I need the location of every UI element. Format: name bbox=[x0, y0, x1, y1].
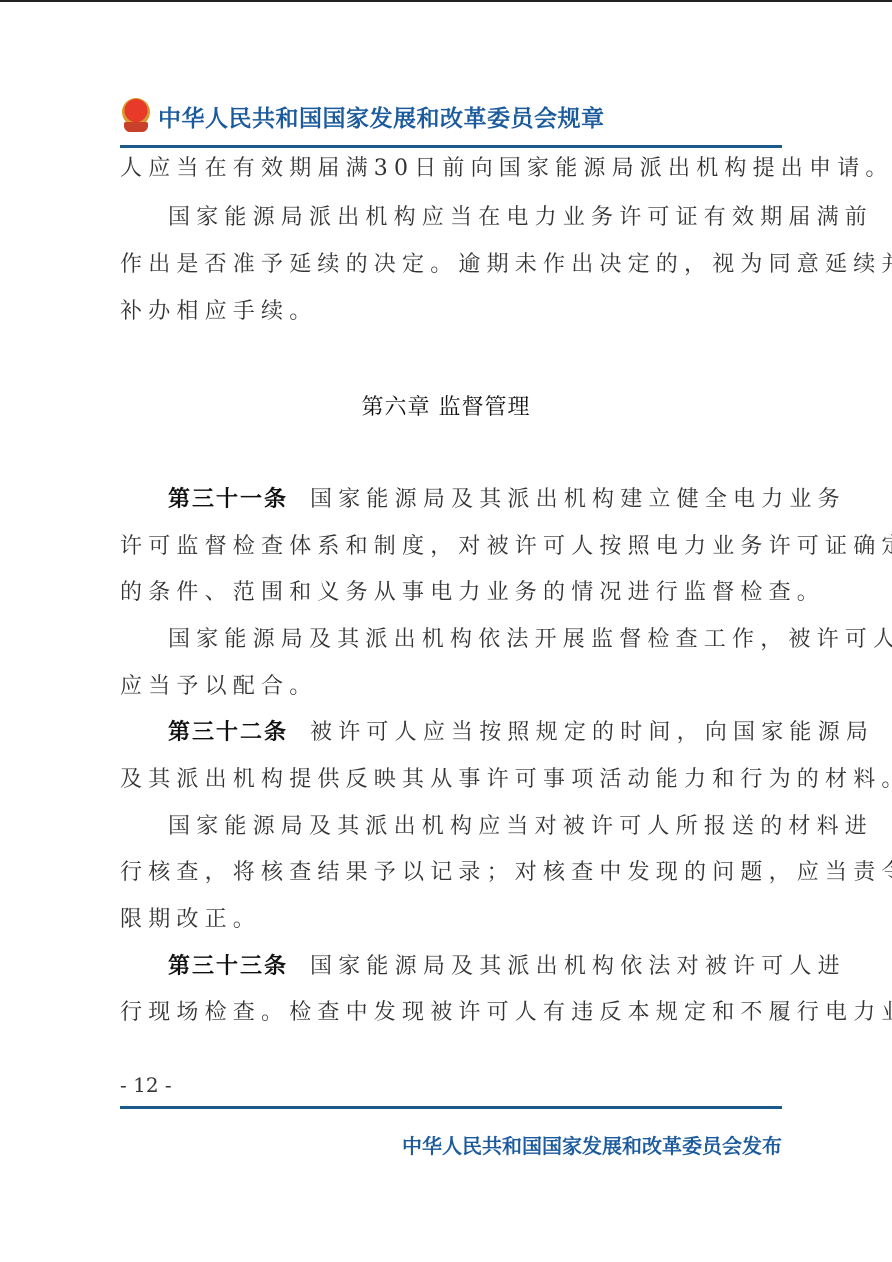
article-label: 第三十三条 bbox=[168, 954, 288, 979]
footer-publisher: 中华人民共和国国家发展和改革委员会发布 bbox=[402, 1130, 782, 1159]
header-divider bbox=[120, 145, 782, 148]
body-line: 人应当在有效期届满30日前向国家能源局派出机构提出申请。 bbox=[120, 154, 782, 184]
article-33-line: 第三十三条国家能源局及其派出机构依法对被许可人进 bbox=[120, 952, 782, 982]
page-number: - 12 - bbox=[120, 1073, 172, 1097]
body-line: 及其派出机构提供反映其从事许可事项活动能力和行为的材料。 bbox=[120, 765, 782, 795]
chapter-title: 第六章 监督管理 bbox=[0, 390, 892, 421]
body-line: 限期改正。 bbox=[120, 905, 782, 935]
body-line: 应当予以配合。 bbox=[120, 672, 782, 702]
body-text: 国家能源局及其派出机构建立健全电力业务 bbox=[310, 487, 846, 512]
body-line: 国家能源局及其派出机构依法开展监督检查工作，被许可人 bbox=[120, 625, 782, 655]
page-top-border bbox=[0, 0, 892, 2]
body-line: 的条件、范围和义务从事电力业务的情况进行监督检查。 bbox=[120, 578, 782, 608]
body-text: 国家能源局及其派出机构依法对被许可人进 bbox=[310, 954, 846, 979]
body-line: 国家能源局派出机构应当在电力业务许可证有效期届满前 bbox=[120, 203, 782, 233]
article-label: 第三十二条 bbox=[168, 720, 288, 745]
body-line: 国家能源局及其派出机构应当对被许可人所报送的材料进 bbox=[120, 812, 782, 842]
body-line: 许可监督检查体系和制度，对被许可人按照电力业务许可证确定 bbox=[120, 532, 782, 562]
national-emblem-icon bbox=[120, 98, 152, 134]
body-line: 作出是否准予延续的决定。逾期未作出决定的，视为同意延续并 bbox=[120, 250, 782, 280]
body-line: 行核查，将核查结果予以记录；对核查中发现的问题，应当责令 bbox=[120, 858, 782, 888]
header-title: 中华人民共和国国家发展和改革委员会规章 bbox=[158, 100, 605, 133]
article-31-line: 第三十一条国家能源局及其派出机构建立健全电力业务 bbox=[120, 485, 782, 515]
body-line: 补办相应手续。 bbox=[120, 297, 782, 327]
body-line: 行现场检查。检查中发现被许可人有违反本规定和不履行电力业 bbox=[120, 998, 782, 1028]
body-text: 被许可人应当按照规定的时间，向国家能源局 bbox=[310, 720, 874, 745]
article-32-line: 第三十二条被许可人应当按照规定的时间，向国家能源局 bbox=[120, 718, 782, 748]
page-header: 中华人民共和国国家发展和改革委员会规章 bbox=[120, 96, 605, 136]
article-label: 第三十一条 bbox=[168, 487, 288, 512]
footer-divider bbox=[120, 1106, 782, 1109]
